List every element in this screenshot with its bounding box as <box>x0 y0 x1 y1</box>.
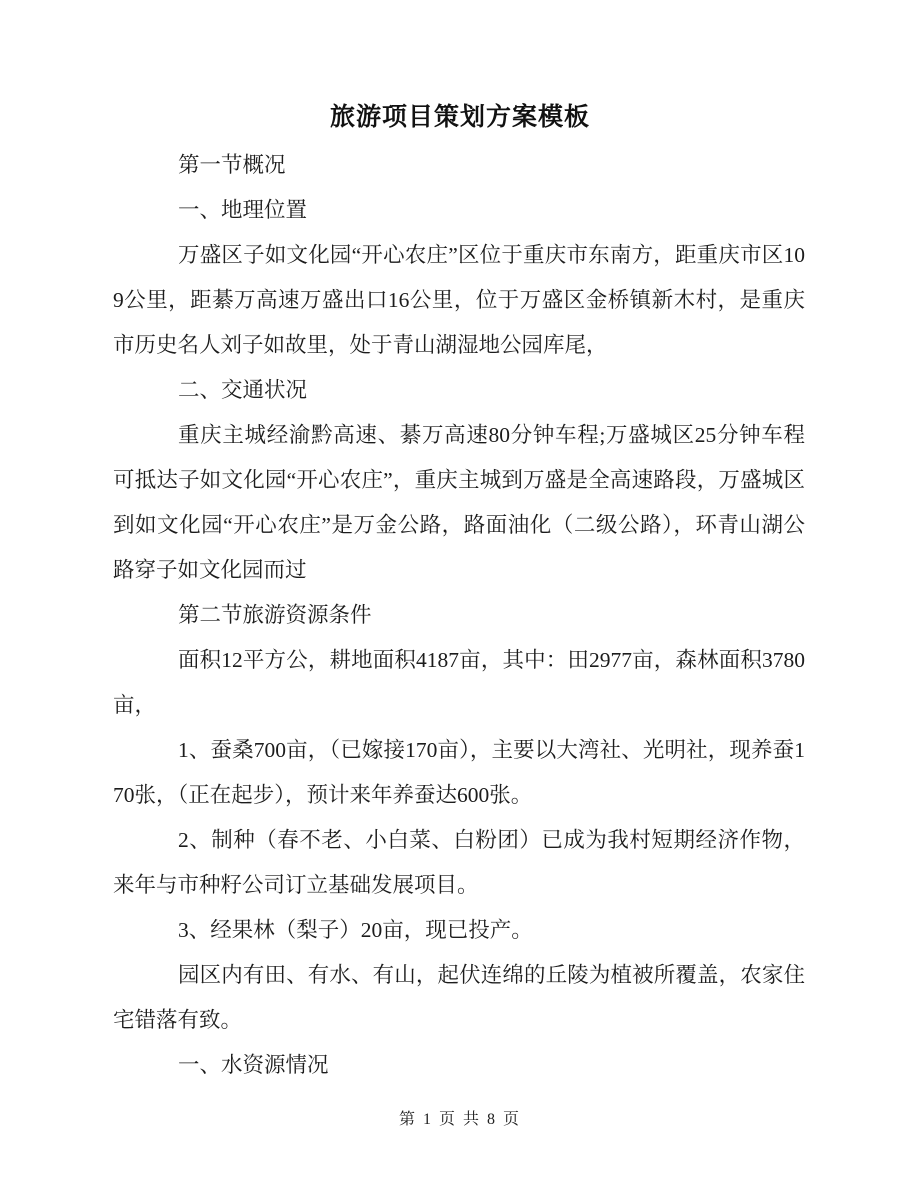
page-footer: 第 1 页 共 8 页 <box>0 1106 920 1134</box>
paragraph-section2-heading: 第二节旅游资源条件 <box>113 593 805 638</box>
paragraph-traffic-body: 重庆主城经渝黔高速、綦万高速80分钟车程;万盛城区25分钟车程可抵达子如文化园“… <box>113 413 805 593</box>
paragraph-section1-heading: 第一节概况 <box>113 143 805 188</box>
paragraph-item-2-seed: 2、制种（春不老、小白菜、白粉团）已成为我村短期经济作物，来年与市种籽公司订立基… <box>113 818 805 908</box>
paragraph-item-1-silkworm: 1、蚕桑700亩，（已嫁接170亩），主要以大湾社、光明社，现养蚕170张，（正… <box>113 728 805 818</box>
document-title: 旅游项目策划方案模板 <box>0 0 920 134</box>
paragraph-landscape-body: 园区内有田、有水、有山，起伏连绵的丘陵为植被所覆盖，农家住宅错落有致。 <box>113 953 805 1043</box>
page-number-text: 第 1 页 共 8 页 <box>399 1111 521 1128</box>
paragraph-heading-water: 一、水资源情况 <box>113 1043 805 1088</box>
paragraph-location-body: 万盛区子如文化园“开心农庄”区位于重庆市东南方，距重庆市区109公里，距綦万高速… <box>113 233 805 368</box>
document-page: 旅游项目策划方案模板 第一节概况 一、地理位置 万盛区子如文化园“开心农庄”区位… <box>0 0 920 1191</box>
paragraph-item-3-orchard: 3、经果林（梨子）20亩，现已投产。 <box>113 908 805 953</box>
paragraph-area-body: 面积12平方公，耕地面积4187亩，其中：田2977亩，森林面积3780亩， <box>113 638 805 728</box>
paragraph-heading-traffic: 二、交通状况 <box>113 368 805 413</box>
paragraph-heading-location: 一、地理位置 <box>113 188 805 233</box>
document-body: 第一节概况 一、地理位置 万盛区子如文化园“开心农庄”区位于重庆市东南方，距重庆… <box>0 134 920 1088</box>
